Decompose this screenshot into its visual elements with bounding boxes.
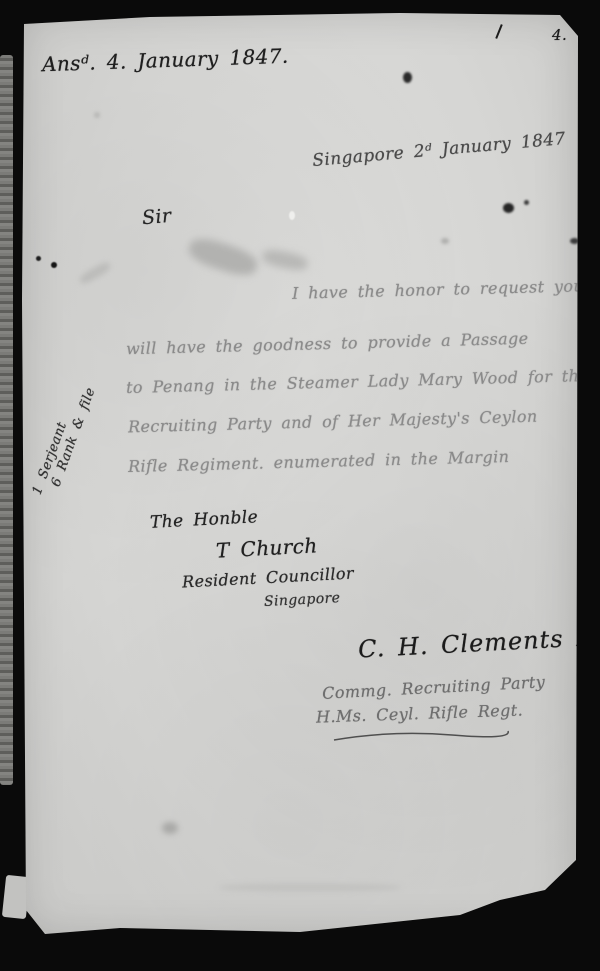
recipient-title: Resident Councillor [182,564,355,592]
ink-dot [36,256,41,261]
showthrough-streak [220,884,400,891]
ink-blot [503,203,514,213]
body-line: I have the honor to request you [292,276,585,303]
paper-speck [289,211,295,220]
foxing-spot [162,822,178,834]
ink-mark [570,238,579,244]
salutation: Sir [141,205,172,229]
ink-blot [403,72,412,83]
signature-title-line: Commg. Recruiting Party [322,672,546,703]
foxing-spot [94,112,100,118]
recipient-place: Singapore [264,590,341,610]
showthrough-mark [78,260,112,286]
ink-smudge [261,247,309,272]
ink-dot [51,262,57,268]
body-line: Rifle Regiment. enumerated in the Margin [128,447,510,476]
foxing-spot [441,238,449,244]
recipient-name: T Church [215,533,318,562]
adjacent-page-edge [0,55,13,785]
pen-stroke [495,24,502,39]
body-line: Recruiting Party and of Her Majesty's Ce… [128,407,538,437]
body-line: to Penang in the Steamer Lady Mary Wood … [126,366,590,397]
signature-title-line: H.Ms. Ceyl. Rifle Regt. [316,700,524,726]
document-scan: Ansᵈ. 4. January 1847. 4. Singapore 2ᵈ J… [0,0,600,971]
dateline: Singapore 2ᵈ January 1847 [312,129,567,171]
signature: C. H. Clements Lieut [357,621,600,664]
letter-page: Ansᵈ. 4. January 1847. 4. Singapore 2ᵈ J… [20,12,578,937]
page-number: 4. [552,26,567,44]
ink-smudge [186,234,261,280]
answered-annotation: Ansᵈ. 4. January 1847. [42,44,289,77]
recipient-honorific: The Honble [150,507,259,533]
margin-note: 1 Serjeant 6 Rank & file [30,332,116,502]
body-line: will have the goodness to provide a Pass… [126,329,529,359]
signature-flourish [332,726,512,744]
ink-blot [524,200,529,205]
